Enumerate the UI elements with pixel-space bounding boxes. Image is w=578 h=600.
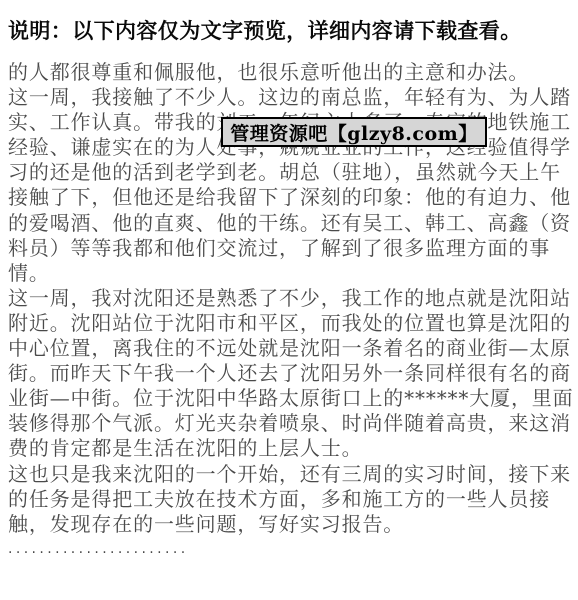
text-line: 接触了下，但他还是给我留下了深刻的印象：他的有迫力、他 (8, 185, 574, 210)
text-line: 的人都很尊重和佩服他，也很乐意听他出的主意和办法。 (8, 60, 574, 85)
text-line: 附近。沈阳站位于沈阳市和平区，而我处的位置也算是沈阳的 (8, 311, 574, 336)
text-line: 习的还是他的活到老学到老。胡总（驻地），虽然就今天上午 (8, 160, 574, 185)
text-line: 的爱喝酒、他的直爽、他的干练。还有吴工、韩工、高鑫（资 (8, 211, 574, 236)
text-line: 这一周，我接触了不少人。这边的南总监，年轻有为、为人踏 (8, 85, 574, 110)
text-line: 触，发现存在的一些问题，写好实习报告。 (8, 512, 574, 537)
text-line: 装修得那个气派。灯光夹杂着喷泉、时尚伴随着高贵，来这消 (8, 411, 574, 436)
text-line: 街。而昨天下午我一个人还去了沈阳另外一条同样很有名的商 (8, 361, 574, 386)
text-line: 情。 (8, 261, 574, 286)
watermark-badge: 管理资源吧【glzy8.com】 (221, 117, 487, 147)
text-line: 这一周，我对沈阳还是熟悉了不少，我工作的地点就是沈阳站 (8, 286, 574, 311)
ellipsis-row: ....................... (8, 537, 574, 562)
text-line: 费的肯定都是生活在沈阳的上层人士。 (8, 436, 574, 461)
text-line: 业街—中街。位于沈阳中华路太原街口上的******大厦，里面 (8, 386, 574, 411)
document-preview-page: 说明：以下内容仅为文字预览，详细内容请下载查看。 的人都很尊重和佩服他，也很乐意… (0, 0, 578, 600)
text-line: 的任务是得把工夫放在技术方面，多和施工方的一些人员接 (8, 487, 574, 512)
text-line: 中心位置，离我住的不远处就是沈阳一条着名的商业街—太原 (8, 336, 574, 361)
text-line: 这也只是我来沈阳的一个开始，还有三周的实习时间，接下来 (8, 462, 574, 487)
text-line: 料员）等等我都和他们交流过，了解到了很多监理方面的事 (8, 236, 574, 261)
preview-notice: 说明：以下内容仅为文字预览，详细内容请下载查看。 (8, 19, 522, 43)
